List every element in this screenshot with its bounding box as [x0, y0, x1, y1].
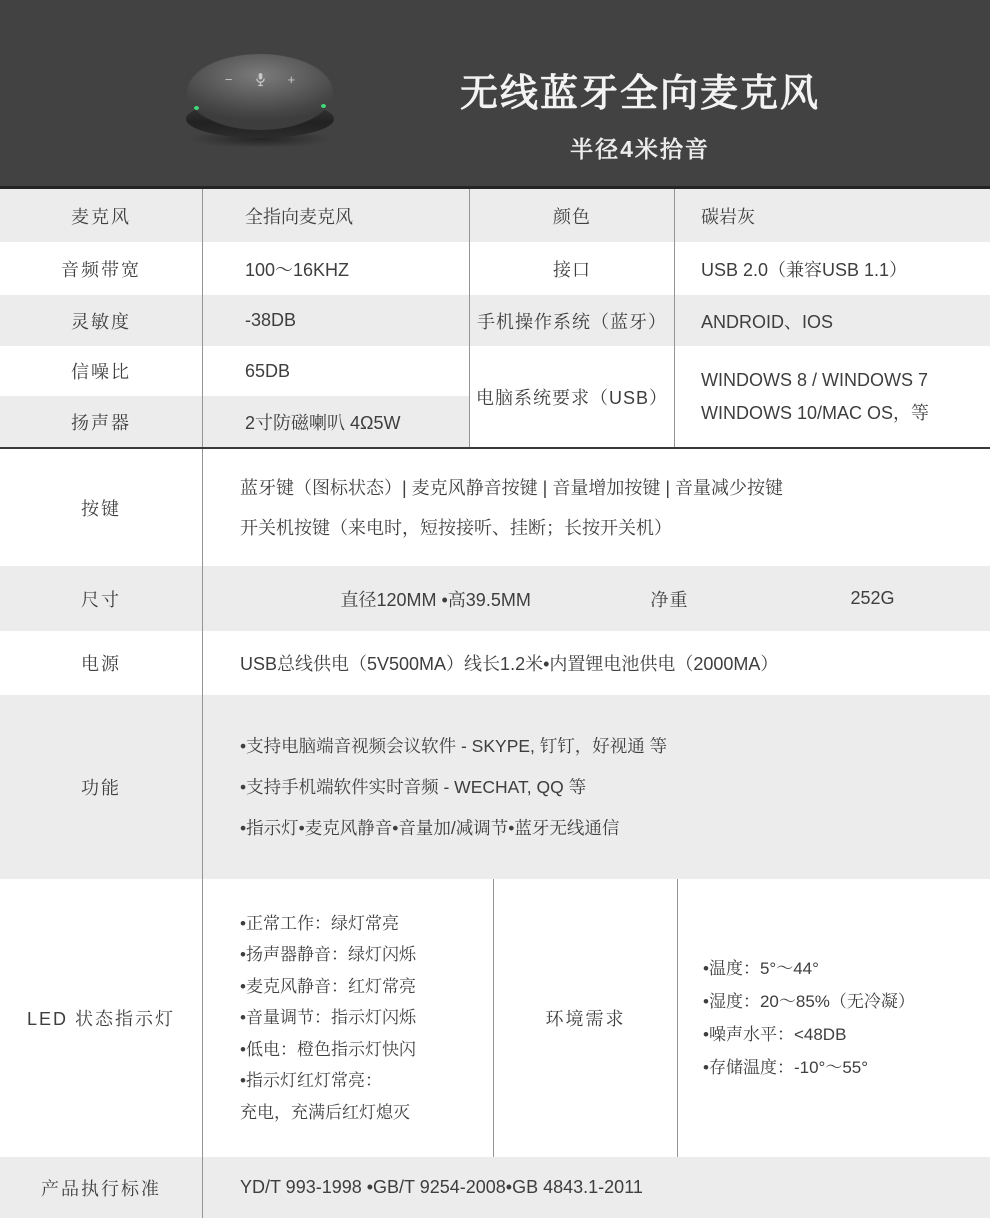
product-spec-page: − + 无线蓝牙全向麦克风 半径4米拾音: [0, 0, 990, 1218]
size-dimensions: 直径120MM •高39.5MM: [340, 586, 650, 612]
power-line: USB总线供电（5V500MA）线长1.2米•内置锂电池供电（2000MA）: [240, 650, 990, 676]
row-features: 功能 •支持电脑端音视频会议软件 - SKYPE, 钉钉，好视通 等 •支持手机…: [0, 695, 990, 879]
buttons-value: 蓝牙键（图标状态）| 麦克风静音按键 | 音量增加按键 | 音量减少按键 开关机…: [203, 449, 990, 566]
led-status-item: •低电：橙色指示灯快闪: [240, 1034, 493, 1066]
spec-value-snr: 65DB: [203, 346, 470, 396]
spec-value-bandwidth: 100～16KHZ: [203, 242, 470, 295]
spec-label-color: 颜色: [470, 189, 675, 242]
row-power: 电源 USB总线供电（5V500MA）线长1.2米•内置锂电池供电（2000MA…: [0, 631, 990, 695]
microphone-icon: [255, 72, 266, 87]
led-status-label: LED 状态指示灯: [0, 879, 203, 1157]
header-banner: − + 无线蓝牙全向麦克风 半径4米拾音: [0, 0, 990, 186]
size-value: 直径120MM •高39.5MM 净重 252G: [203, 566, 990, 631]
power-value: USB总线供电（5V500MA）线长1.2米•内置锂电池供电（2000MA）: [203, 631, 990, 695]
buttons-line2: 开关机按键（来电时，短按接听、挂断；长按开关机）: [240, 508, 990, 548]
environment-item: •温度：5°～44°: [703, 952, 990, 985]
spec-value-sensitivity: -38DB: [203, 295, 470, 346]
led-status-item: •扬声器静音：绿灯闪烁: [240, 939, 493, 971]
spec-label-sensitivity: 灵敏度: [0, 295, 203, 346]
led-indicator-right: [321, 104, 326, 108]
spec-label-pc-os: 电脑系统要求（USB）: [470, 346, 675, 447]
spec-value-color: 碳岩灰: [675, 189, 990, 242]
device-controls: − +: [187, 72, 333, 87]
led-status-item: 充电，充满后红灯熄灭: [240, 1097, 493, 1129]
spec-label-bandwidth: 音频带宽: [0, 242, 203, 295]
volume-up-icon: +: [288, 73, 296, 86]
page-subtitle: 半径4米拾音: [440, 131, 840, 164]
environment-item: •存储温度：-10°～55°: [703, 1051, 990, 1084]
led-indicator-left: [194, 106, 199, 110]
led-status-item: •麦克风静音：红灯常亮: [240, 971, 493, 1003]
spec-label-speaker: 扬声器: [0, 396, 203, 447]
net-weight-value: 252G: [850, 588, 894, 609]
spec-value-interface: USB 2.0（兼容USB 1.1）: [675, 242, 990, 295]
spec-value-pc-os: WINDOWS 8 / WINDOWS 7 WINDOWS 10/MAC OS，…: [675, 346, 990, 447]
row-led-status: LED 状态指示灯 •正常工作：绿灯常亮 •扬声器静音：绿灯闪烁 •麦克风静音：…: [0, 879, 990, 1157]
standard-value: YD/T 993-1998 •GB/T 9254-2008•GB 4843.1-…: [203, 1157, 990, 1218]
product-image: − +: [186, 52, 334, 152]
standard-line: YD/T 993-1998 •GB/T 9254-2008•GB 4843.1-…: [240, 1177, 990, 1198]
led-status-item: •正常工作：绿灯常亮: [240, 908, 493, 940]
environment-label: 环境需求: [494, 879, 678, 1157]
volume-down-icon: −: [225, 73, 233, 86]
features-label: 功能: [0, 695, 203, 879]
features-item: •指示灯•麦克风静音•音量加/减调节•蓝牙无线通信: [240, 808, 990, 849]
pc-os-line2: WINDOWS 10/MAC OS，等: [701, 397, 929, 430]
row-buttons: 按键 蓝牙键（图标状态）| 麦克风静音按键 | 音量增加按键 | 音量减少按键 …: [0, 449, 990, 566]
buttons-label: 按键: [0, 449, 203, 566]
row-size: 尺寸 直径120MM •高39.5MM 净重 252G: [0, 566, 990, 631]
spec-grid-top: 麦克风 全指向麦克风 颜色 碳岩灰 音频带宽 100～16KHZ 接口 USB …: [0, 189, 990, 447]
pc-os-line1: WINDOWS 8 / WINDOWS 7: [701, 364, 928, 397]
led-status-item: •指示灯红灯常亮：: [240, 1065, 493, 1097]
features-item: •支持手机端软件实时音频 - WECHAT, QQ 等: [240, 767, 990, 808]
buttons-line1: 蓝牙键（图标状态）| 麦克风静音按键 | 音量增加按键 | 音量减少按键: [240, 468, 990, 508]
spec-value-phone-os: ANDROID、IOS: [675, 295, 990, 346]
title-block: 无线蓝牙全向麦克风 半径4米拾音: [440, 62, 840, 164]
row-standard: 产品执行标准 YD/T 993-1998 •GB/T 9254-2008•GB …: [0, 1157, 990, 1218]
spec-label-snr: 信噪比: [0, 346, 203, 396]
spec-label-interface: 接口: [470, 242, 675, 295]
standard-label: 产品执行标准: [0, 1157, 203, 1218]
spec-value-speaker: 2寸防磁喇叭 4Ω5W: [203, 396, 470, 447]
spec-value-microphone: 全指向麦克风: [203, 189, 470, 242]
power-label: 电源: [0, 631, 203, 695]
device-body: − +: [187, 54, 333, 130]
environment-list: •温度：5°～44° •湿度：20～85%（无冷凝） •噪声水平：<48DB •…: [678, 879, 990, 1157]
spec-label-microphone: 麦克风: [0, 189, 203, 242]
size-label: 尺寸: [0, 566, 203, 631]
features-list: •支持电脑端音视频会议软件 - SKYPE, 钉钉，好视通 等 •支持手机端软件…: [203, 695, 990, 879]
led-status-list: •正常工作：绿灯常亮 •扬声器静音：绿灯闪烁 •麦克风静音：红灯常亮 •音量调节…: [203, 879, 494, 1157]
features-item: •支持电脑端音视频会议软件 - SKYPE, 钉钉，好视通 等: [240, 726, 990, 767]
spec-label-phone-os: 手机操作系统（蓝牙）: [470, 295, 675, 346]
led-status-item: •音量调节：指示灯闪烁: [240, 1002, 493, 1034]
environment-item: •湿度：20～85%（无冷凝）: [703, 985, 990, 1018]
environment-item: •噪声水平：<48DB: [703, 1018, 990, 1051]
page-title: 无线蓝牙全向麦克风: [440, 62, 840, 117]
net-weight-label: 净重: [650, 586, 850, 612]
